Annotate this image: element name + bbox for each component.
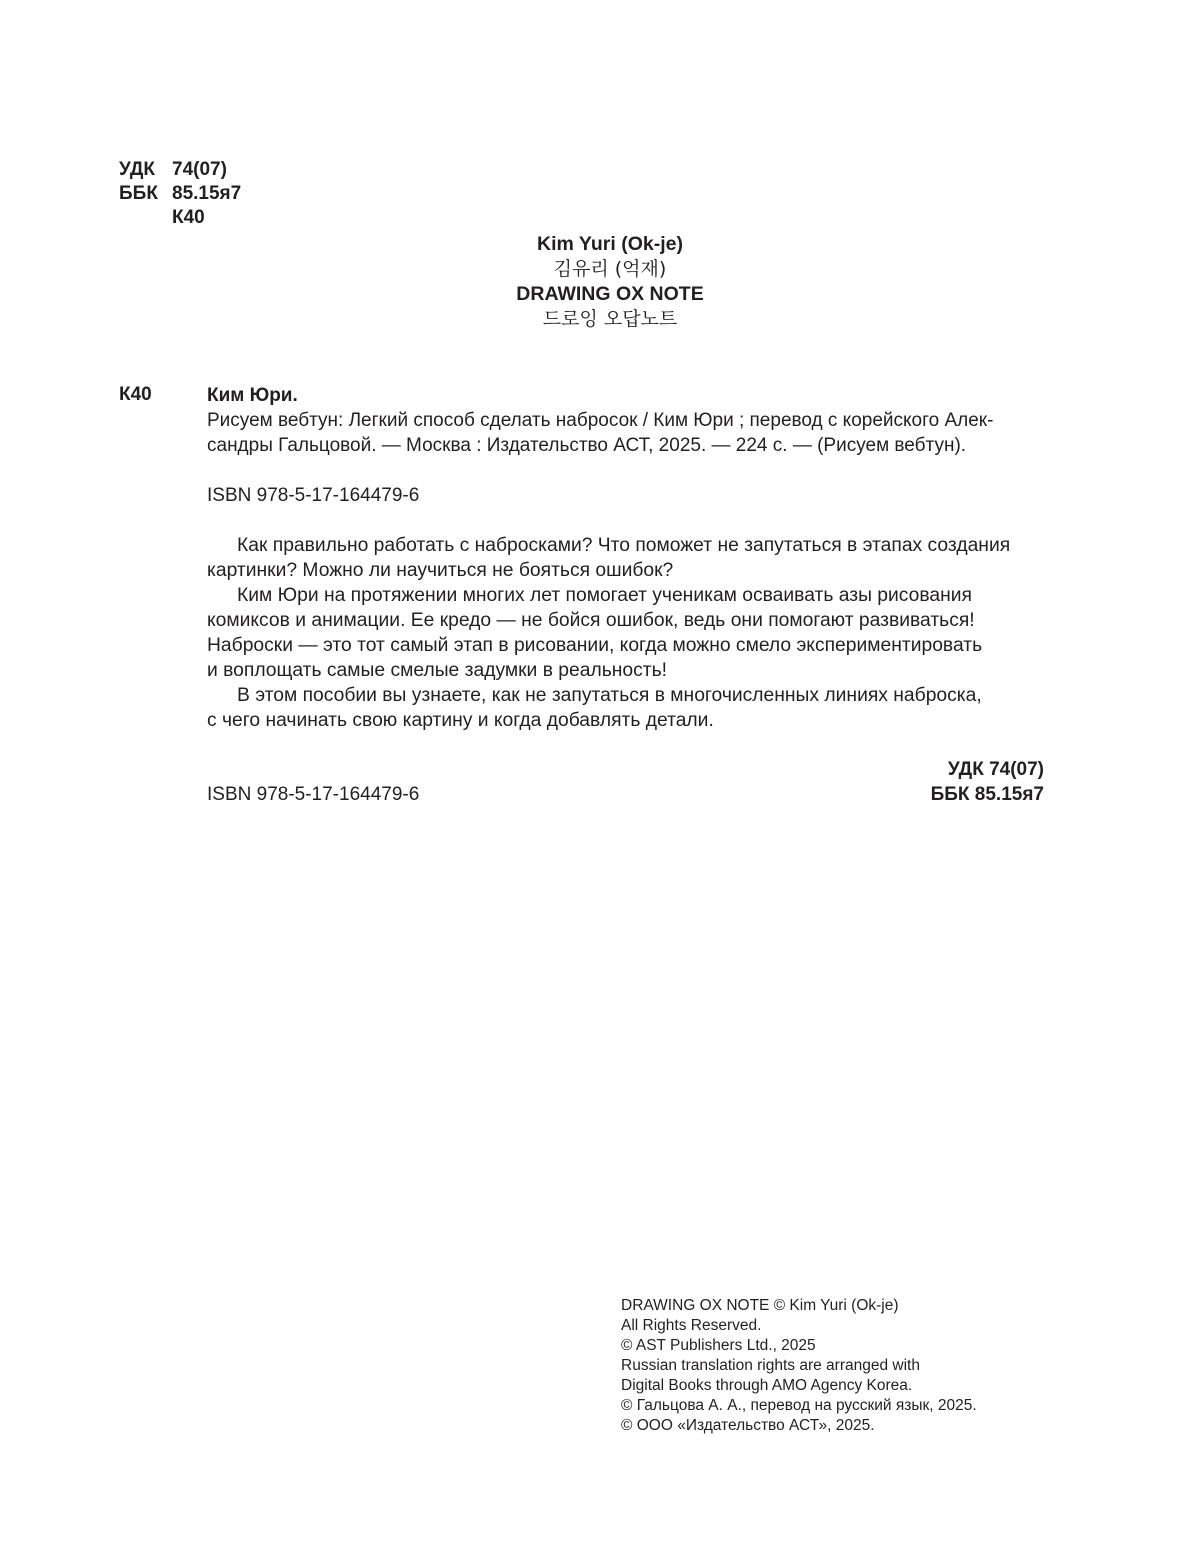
copyright-line: Russian translation rights are arranged … (621, 1356, 977, 1376)
annotation-line: картинки? Можно ли научиться не бояться … (207, 558, 1052, 583)
title-english: DRAWING OX NOTE (370, 282, 850, 307)
original-title-block: Kim Yuri (Ok-je) 김유리 (억재) DRAWING OX NOT… (370, 232, 850, 332)
footer-bbk: ББК 85.15я7 (931, 782, 1044, 807)
copyright-line: DRAWING OX NOTE © Kim Yuri (Ok-je) (621, 1296, 977, 1316)
classification-value: К40 (172, 206, 205, 230)
classification-block: УДК 74(07) ББК 85.15я7 К40 (119, 158, 241, 230)
annotation-line: Ким Юри на протяжении многих лет помогае… (207, 583, 1052, 608)
copyright-line: © Гальцова А. А., перевод на русский язы… (621, 1396, 977, 1416)
footer-isbn: ISBN 978-5-17-164479-6 (207, 782, 419, 807)
annotation-line: В этом пособии вы узнаете, как не запута… (207, 683, 1052, 708)
classification-key: УДК (119, 158, 172, 182)
catalog-description-line: Рисуем вебтун: Легкий способ сделать наб… (207, 408, 1057, 433)
classification-key (119, 206, 172, 230)
annotation-line: и воплощать самые смелые задумки в реаль… (207, 658, 1052, 683)
copyright-line: © AST Publishers Ltd., 2025 (621, 1336, 977, 1356)
copyright-block: DRAWING OX NOTE © Kim Yuri (Ok-je)All Ri… (621, 1296, 977, 1436)
classification-row-bbk: ББК 85.15я7 (119, 182, 241, 206)
author-name-korean: 김유리 (억재) (370, 257, 850, 282)
annotation-line: комиксов и анимации. Ее кредо — не бойся… (207, 608, 1052, 633)
classification-value: 85.15я7 (172, 182, 241, 206)
annotation-line: Наброски — это тот самый этап в рисовани… (207, 633, 1052, 658)
copyright-line: Digital Books through AMO Agency Korea. (621, 1376, 977, 1396)
classification-row-udk: УДК 74(07) (119, 158, 241, 182)
footer-classification: УДК 74(07) ББК 85.15я7 (931, 757, 1044, 807)
catalog-description-line: сандры Гальцовой. — Москва : Издательств… (207, 433, 1057, 458)
copyright-line: © ООО «Издательство АСТ», 2025. (621, 1416, 977, 1436)
title-korean: 드로잉 오답노트 (370, 307, 850, 332)
annotation-line: Как правильно работать с набросками? Что… (207, 533, 1052, 558)
footer-udk: УДК 74(07) (931, 757, 1044, 782)
catalog-code: К40 (119, 383, 152, 407)
classification-row-author-mark: К40 (119, 206, 241, 230)
annotation: Как правильно работать с набросками? Что… (207, 533, 1052, 733)
copyright-line: All Rights Reserved. (621, 1316, 977, 1336)
classification-key: ББК (119, 182, 172, 206)
catalog-author: Ким Юри. (207, 383, 1057, 408)
annotation-line: с чего начинать свою картину и когда доб… (207, 708, 1052, 733)
author-name-english: Kim Yuri (Ok-je) (370, 232, 850, 257)
catalog-entry: Ким Юри. Рисуем вебтун: Легкий способ сд… (207, 383, 1057, 458)
catalog-isbn: ISBN 978-5-17-164479-6 (207, 483, 419, 508)
classification-value: 74(07) (172, 158, 227, 182)
